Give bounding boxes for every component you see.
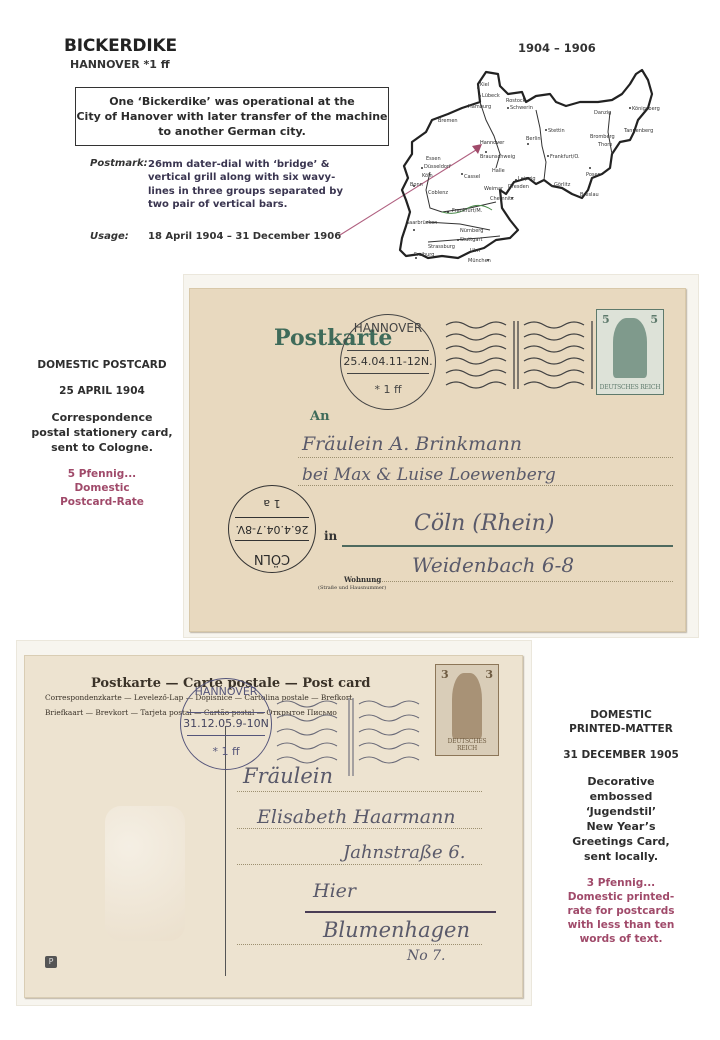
svg-text:Ulm: Ulm [470,248,480,254]
coeln-arrival-postmark: CÖLN 26.4.04.7-8V. 1 a [228,485,316,573]
page-subtitle: HANNOVER *1 ff [70,58,170,71]
address-line: Blumenhagen [323,918,470,942]
svg-text:Posen: Posen [586,172,601,178]
svg-text:Hamburg: Hamburg [468,104,491,110]
svg-text:München: München [468,258,491,264]
exhibit2-postcard: Postkarte — Carte postale — Post card Co… [24,655,523,998]
postmark-date: 25.4.04.11-12N. [341,355,435,368]
in-label: in [324,529,337,543]
svg-text:Düsseldorf: Düsseldorf [424,164,451,170]
germania-figure-icon [452,673,482,739]
stamp-5pf: 5 5 DEUTSCHES REICH [596,309,664,395]
an-label: An [310,409,330,424]
svg-text:Nürnberg: Nürnberg [460,228,483,234]
address-line: Elisabeth Haarmann [257,806,456,828]
svg-text:Frankfurt/M.: Frankfurt/M. [452,208,483,214]
address-line: Fräulein [243,764,333,788]
usage-label: Usage: [90,231,129,242]
germania-figure-icon [613,318,647,378]
exhibit1-rate: Postcard-Rate [22,495,182,509]
stamp-legend: DEUTSCHES REICH [438,738,496,752]
exhibit2-type: PRINTED-MATTER [538,722,704,736]
hannover-postmark: HANNOVER 31.12.05.9-10N * 1 ff [180,678,272,770]
svg-text:Königsberg: Königsberg [632,106,660,112]
exhibit2-desc: ‘Jugendstil’ [538,804,704,819]
page-title: BICKERDIKE [64,36,177,56]
stamp-value: 5 [650,313,658,326]
stamp-value: 5 [602,313,610,326]
svg-text:Bonn: Bonn [410,182,423,188]
svg-text:Stettin: Stettin [548,128,565,134]
svg-text:Freiburg: Freiburg [414,252,434,258]
svg-text:Braunschweig: Braunschweig [480,154,515,160]
arrival-city: CÖLN [229,551,315,566]
exhibit2-desc: embossed [538,789,704,804]
exhibit2-rate: words of text. [538,932,704,946]
germany-map: Kiel Lübeck Hamburg Rostock Schwerin Bre… [330,62,660,267]
svg-text:Danzig: Danzig [594,110,611,116]
svg-text:Hannover: Hannover [480,140,505,146]
stamp-legend: DEUTSCHES REICH [599,384,661,391]
svg-text:Tannenberg: Tannenberg [623,128,653,134]
exhibit1-postcard: Postkarte HANNOVER 25.4.04.11-12N. * 1 f… [189,288,686,632]
svg-text:Breslau: Breslau [580,192,599,198]
exhibit2-type: DOMESTIC [538,708,704,722]
address-line: bei Max & Luise Loewenberg [302,465,556,485]
wohnung-label: Wohnung [344,575,381,584]
postmark-label: Postmark: [90,158,148,169]
address-line: No 7. [407,948,446,964]
exhibit1-desc: Correspondence [22,410,182,425]
svg-text:Rostock: Rostock [506,98,526,104]
svg-text:Kiel: Kiel [480,82,489,88]
exhibit2-desc: sent locally. [538,849,704,864]
postmark-date: 31.12.05.9-10N [181,717,271,730]
arrival-code: 1 a [229,497,315,510]
svg-text:Görlitz: Görlitz [554,182,571,188]
exhibit1-type: DOMESTIC POSTCARD [22,358,182,372]
stamp-value: 3 [441,668,449,681]
svg-text:Berlin: Berlin [526,136,541,142]
postmark-description: 26mm dater-dial with ‘bridge’ & vertical… [148,158,353,212]
svg-text:Thorn: Thorn [597,142,612,148]
address-line: Fräulein A. Brinkmann [302,433,522,455]
exhibit1-caption: DOMESTIC POSTCARD 25 APRIL 1904 Correspo… [22,358,182,509]
exhibit2-rate: Domestic printed- [538,890,704,904]
exhibit2-date: 31 DECEMBER 1905 [538,748,704,762]
exhibit2-caption: DOMESTIC PRINTED-MATTER 31 DECEMBER 1905… [538,708,704,946]
wohnung-sublabel: (Straße und Hausnummer) [318,585,386,591]
exhibit2-rate: with less than ten [538,918,704,932]
stamp-value: 3 [485,668,493,681]
svg-text:Coblenz: Coblenz [428,190,448,196]
svg-text:Dresden: Dresden [508,184,529,190]
svg-text:Weimar: Weimar [484,186,504,192]
period-label: 1904 – 1906 [518,41,596,55]
svg-text:Saarbrücken: Saarbrücken [406,220,437,226]
svg-text:Bremen: Bremen [438,118,458,124]
address-line: Hier [313,880,356,902]
city-labels: Kiel Lübeck Hamburg Rostock Schwerin Bre… [406,82,660,264]
svg-text:Köln: Köln [422,173,433,179]
hannover-postmark: HANNOVER 25.4.04.11-12N. * 1 ff [340,314,436,410]
address-line: Cöln (Rhein) [414,511,554,536]
svg-text:Lübeck: Lübeck [482,93,500,99]
svg-text:Halle: Halle [492,168,505,174]
exhibit1-desc: sent to Cologne. [22,440,182,455]
svg-text:Frankfurt/O.: Frankfurt/O. [550,154,580,160]
postmark-city: HANNOVER [341,321,435,335]
exhibit1-rate: Domestic [22,481,182,495]
svg-text:Cassel: Cassel [464,174,480,180]
exhibit1-desc: postal stationery card, [22,425,182,440]
exhibit2-rate: rate for postcards [538,904,704,918]
svg-text:Chemnitz: Chemnitz [490,196,514,202]
address-line: Weidenbach 6-8 [412,553,574,577]
stamp-3pf: 3 3 DEUTSCHES REICH [435,664,499,756]
svg-text:Schwerin: Schwerin [510,105,533,111]
exhibit1-rate: 5 Pfennig... [22,467,182,481]
svg-text:Leipzig: Leipzig [518,176,536,182]
exhibit2-rate: 3 Pfennig... [538,876,704,890]
usage-dates: 18 April 1904 – 31 December 1906 [148,231,341,242]
postmark-city: HANNOVER [181,685,271,698]
exhibit2-desc: New Year’s [538,819,704,834]
svg-text:Essen: Essen [426,156,441,162]
publisher-mark-icon: P [45,956,57,968]
svg-text:Bromberg: Bromberg [590,134,615,140]
postmark-code: * 1 ff [341,383,435,396]
address-line: Jahnstraße 6. [343,842,466,863]
exhibit2-desc: Greetings Card, [538,834,704,849]
exhibit1-date: 25 APRIL 1904 [22,384,182,398]
svg-text:Strassburg: Strassburg [428,244,455,250]
postmark-code: * 1 ff [181,745,271,758]
exhibit2-desc: Decorative [538,774,704,789]
arrival-date: 26.4.04.7-8V. [229,523,315,536]
embossed-ornament [105,806,185,941]
svg-text:Stuttgart: Stuttgart [460,237,483,243]
